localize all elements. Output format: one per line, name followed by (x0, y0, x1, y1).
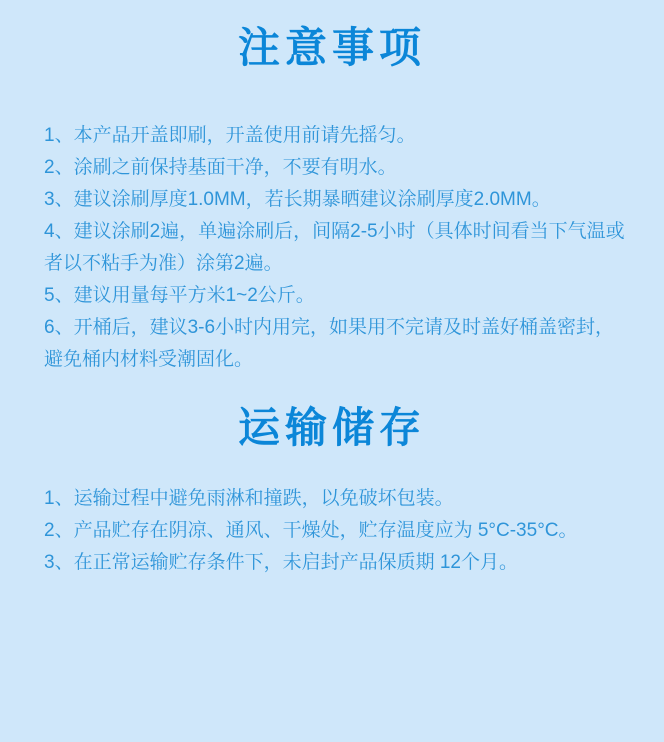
precautions-title: 注意事项 (0, 0, 664, 72)
transport-storage-title: 运输储存 (0, 404, 664, 452)
precaution-item-6: 6、开桶后，建议3-6小时内用完，如果用不完请及时盖好桶盖密封，避免桶内材料受潮… (44, 312, 626, 376)
section-transport-storage: 运输储存 1、运输过程中避免雨淋和撞跌，以免破坏包装。 2、产品贮存在阴凉、通风… (0, 404, 664, 578)
transport-item-1: 1、运输过程中避免雨淋和撞跌，以免破坏包装。 (44, 483, 626, 515)
transport-item-2: 2、产品贮存在阴凉、通风、干燥处，贮存温度应为 5°C-35°C。 (44, 515, 626, 547)
precaution-item-2: 2、涂刷之前保持基面干净，不要有明水。 (44, 152, 626, 184)
precaution-item-3: 3、建议涂刷厚度1.0MM，若长期暴晒建议涂刷厚度2.0MM。 (44, 184, 626, 216)
precautions-list: 1、本产品开盖即刷，开盖使用前请先摇匀。 2、涂刷之前保持基面干净，不要有明水。… (44, 120, 626, 376)
section-precautions: 注意事项 1、本产品开盖即刷，开盖使用前请先摇匀。 2、涂刷之前保持基面干净，不… (0, 0, 664, 376)
precaution-item-4: 4、建议涂刷2遍，单遍涂刷后，间隔2-5小时（具体时间看当下气温或者以不粘手为准… (44, 216, 626, 280)
transport-storage-list: 1、运输过程中避免雨淋和撞跌，以免破坏包装。 2、产品贮存在阴凉、通风、干燥处，… (44, 483, 626, 579)
precaution-item-1: 1、本产品开盖即刷，开盖使用前请先摇匀。 (44, 120, 626, 152)
precaution-item-5: 5、建议用量每平方米1~2公斤。 (44, 280, 626, 312)
transport-item-3: 3、在正常运输贮存条件下，未启封产品保质期 12个月。 (44, 547, 626, 579)
product-notice-page: 注意事项 1、本产品开盖即刷，开盖使用前请先摇匀。 2、涂刷之前保持基面干净，不… (0, 0, 664, 742)
